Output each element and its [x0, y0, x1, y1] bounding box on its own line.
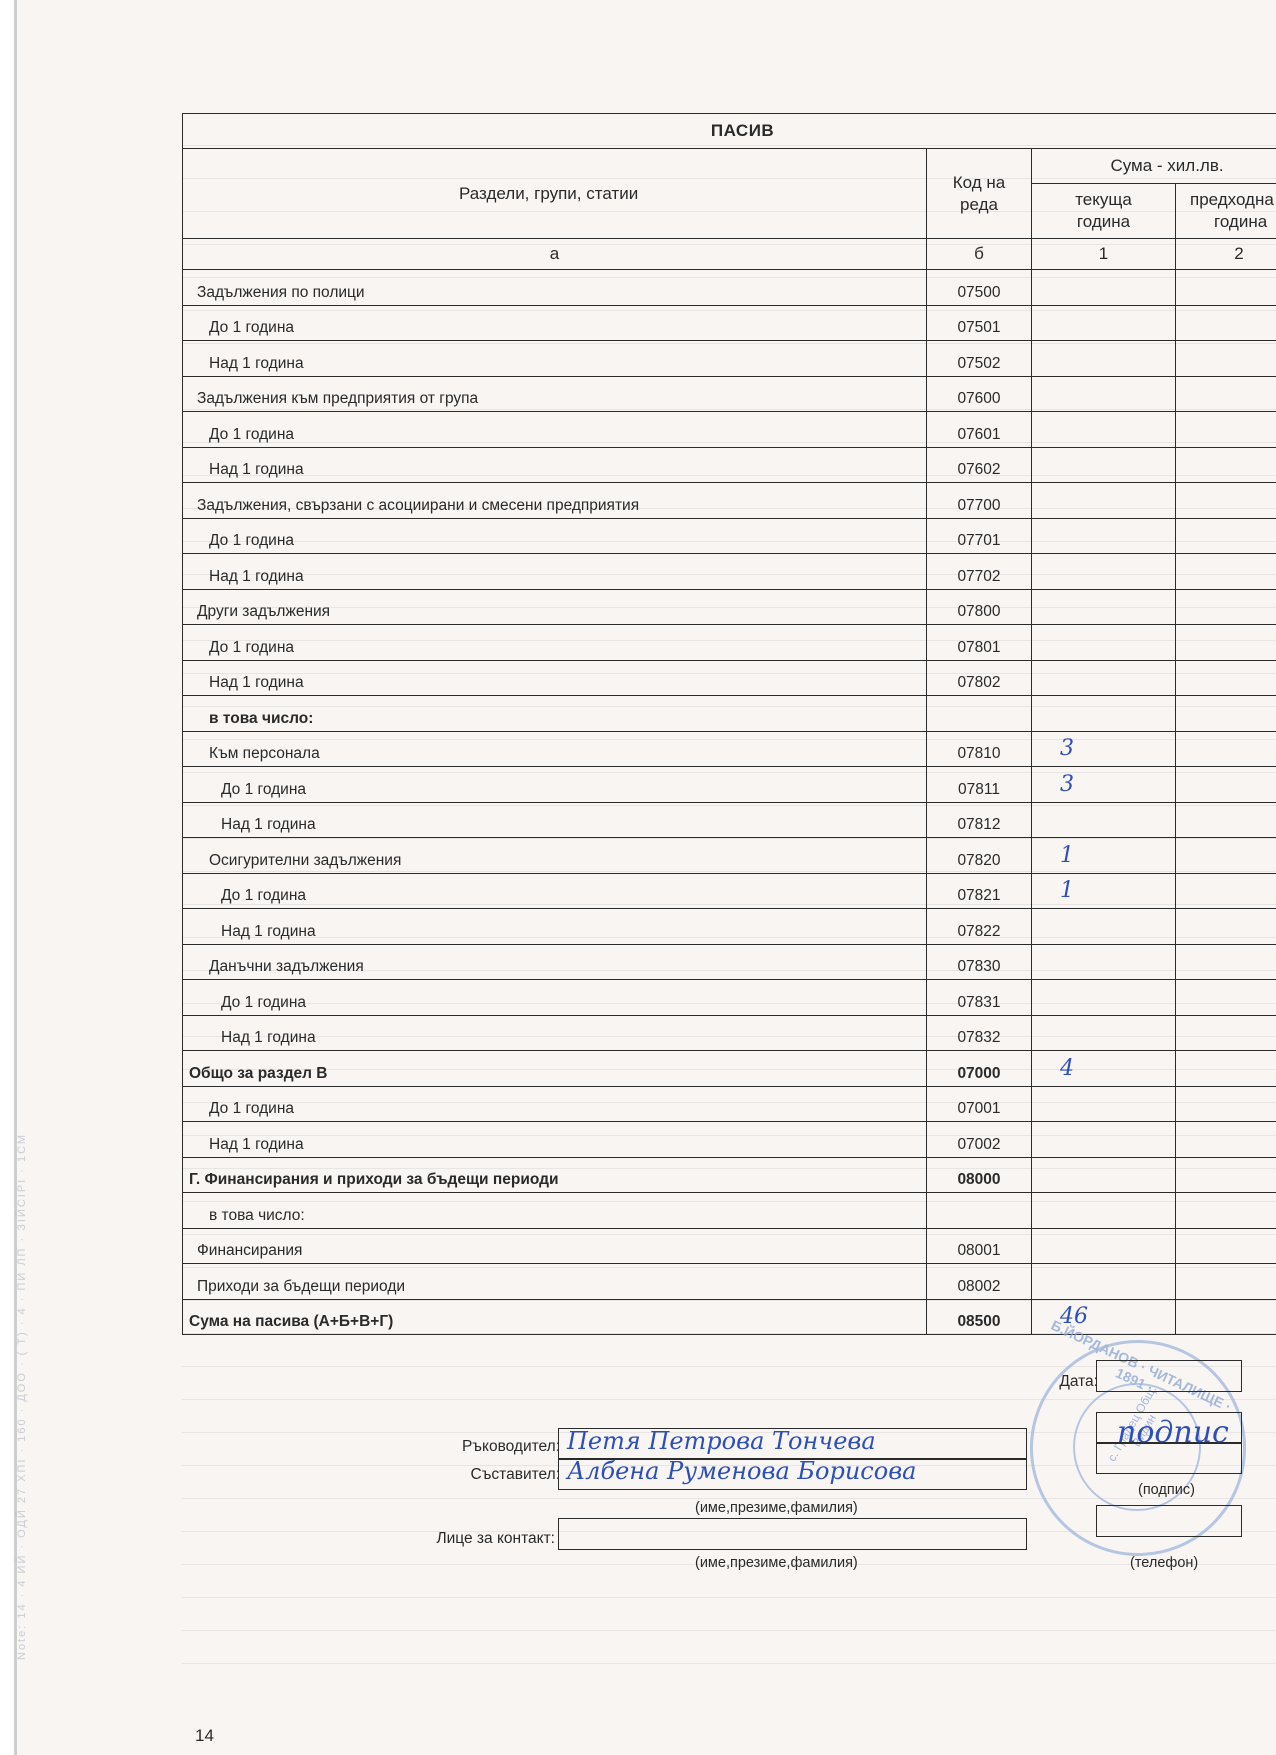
- table-row: До 1 година07701: [183, 518, 1276, 554]
- row-previous-year-value[interactable]: [1176, 731, 1276, 767]
- row-current-year-value[interactable]: 1: [1032, 838, 1176, 874]
- row-code: 07600: [927, 376, 1032, 412]
- contact-caption: (име,презиме,фамилия): [695, 1555, 858, 1571]
- row-code: 07701: [927, 518, 1032, 554]
- row-code: 07802: [927, 660, 1032, 696]
- row-current-year-value[interactable]: [1032, 1228, 1176, 1264]
- row-label: До 1 година: [183, 625, 927, 661]
- row-previous-year-value[interactable]: [1176, 270, 1276, 306]
- table-row: До 1 година07831: [183, 980, 1276, 1016]
- row-previous-year-value[interactable]: [1176, 1264, 1276, 1300]
- table-row: Над 1 година07812: [183, 802, 1276, 838]
- row-previous-year-value[interactable]: [1176, 341, 1276, 377]
- row-current-year-value[interactable]: [1032, 341, 1176, 377]
- contact-label: Лице за контакт:: [360, 1530, 555, 1548]
- row-previous-year-value[interactable]: [1176, 376, 1276, 412]
- row-previous-year-value[interactable]: [1176, 625, 1276, 661]
- row-current-year-value[interactable]: [1032, 589, 1176, 625]
- table-row: До 1 година07601: [183, 412, 1276, 448]
- table-row: Данъчни задължения07830: [183, 944, 1276, 980]
- table-row: Над 1 година07502: [183, 341, 1276, 377]
- index-1: 1: [1032, 239, 1176, 270]
- row-previous-year-value[interactable]: [1176, 660, 1276, 696]
- row-previous-year-value[interactable]: [1176, 447, 1276, 483]
- row-current-year-value[interactable]: [1032, 660, 1176, 696]
- table-row: Финансирания08001: [183, 1228, 1276, 1264]
- manager-label: Ръководител:: [360, 1438, 560, 1456]
- header-current-line2: година: [1032, 211, 1175, 233]
- table-row: До 1 година07801: [183, 625, 1276, 661]
- row-label: Осигурителни задължения: [183, 838, 927, 874]
- row-previous-year-value[interactable]: [1176, 305, 1276, 341]
- header-previous-year: предходна година: [1176, 184, 1276, 239]
- row-label: Задължения, свързани с асоциирани и смес…: [183, 483, 927, 519]
- row-code: 07001: [927, 1086, 1032, 1122]
- row-label: Над 1 година: [183, 554, 927, 590]
- row-previous-year-value[interactable]: [1176, 944, 1276, 980]
- signature-field[interactable]: подпис: [1096, 1442, 1242, 1474]
- row-current-year-value[interactable]: [1032, 1193, 1176, 1229]
- row-current-year-value[interactable]: [1032, 1015, 1176, 1051]
- table-row: в това число:: [183, 696, 1276, 732]
- table-row: Задължения, свързани с асоциирани и смес…: [183, 483, 1276, 519]
- table-row: До 1 година07501: [183, 305, 1276, 341]
- row-code: 07602: [927, 447, 1032, 483]
- table-row: Осигурителни задължения078201: [183, 838, 1276, 874]
- row-code: 08002: [927, 1264, 1032, 1300]
- row-previous-year-value[interactable]: [1176, 589, 1276, 625]
- row-previous-year-value[interactable]: [1176, 1051, 1276, 1087]
- header-previous-line1: предходна: [1190, 189, 1276, 211]
- row-label: До 1 година: [183, 412, 927, 448]
- row-code: 07000: [927, 1051, 1032, 1087]
- compiler-name-field[interactable]: Албена Руменова Борисова: [558, 1458, 1027, 1490]
- row-label: Сума на пасива (А+Б+В+Г): [183, 1299, 927, 1335]
- row-current-year-value[interactable]: [1032, 1264, 1176, 1300]
- table-row: Задължения към предприятия от група07600: [183, 376, 1276, 412]
- row-code: 07810: [927, 731, 1032, 767]
- row-label: Над 1 година: [183, 447, 927, 483]
- row-current-year-value[interactable]: 4: [1032, 1051, 1176, 1087]
- table-row: Г. Финансирания и приходи за бъдещи пери…: [183, 1157, 1276, 1193]
- row-code: 07501: [927, 305, 1032, 341]
- row-label: До 1 година: [183, 518, 927, 554]
- row-previous-year-value[interactable]: [1176, 1015, 1276, 1051]
- row-code: 07822: [927, 909, 1032, 945]
- table-row: Приходи за бъдещи периоди08002: [183, 1264, 1276, 1300]
- manager-name-field[interactable]: Петя Петрова Тончева: [558, 1428, 1027, 1460]
- row-current-year-value[interactable]: [1032, 909, 1176, 945]
- row-label: Задължения по полици: [183, 270, 927, 306]
- header-current-year: текуща година: [1032, 184, 1176, 239]
- row-previous-year-value[interactable]: [1176, 980, 1276, 1016]
- row-previous-year-value[interactable]: [1176, 1086, 1276, 1122]
- row-previous-year-value[interactable]: [1176, 909, 1276, 945]
- index-a: а: [183, 239, 927, 270]
- contact-person-field[interactable]: [558, 1518, 1027, 1550]
- row-label: Приходи за бъдещи периоди: [183, 1264, 927, 1300]
- row-previous-year-value[interactable]: [1176, 412, 1276, 448]
- row-code: 07502: [927, 341, 1032, 377]
- row-previous-year-value[interactable]: [1176, 1122, 1276, 1158]
- row-code: 07820: [927, 838, 1032, 874]
- row-previous-year-value[interactable]: [1176, 554, 1276, 590]
- row-current-year-value[interactable]: [1032, 270, 1176, 306]
- header-current-line1: текуща: [1032, 189, 1175, 211]
- row-previous-year-value[interactable]: [1176, 873, 1276, 909]
- table-row: Сума на пасива (А+Б+В+Г)0850046: [183, 1299, 1276, 1335]
- row-label: До 1 година: [183, 1086, 927, 1122]
- table-row: Над 1 година07822: [183, 909, 1276, 945]
- margin-print-text: Note: 14 · 4 ИЙ · ОДЙ 27 ХПІ · 160 · ДОО…: [16, 560, 26, 1660]
- index-2: 2: [1176, 239, 1276, 270]
- table-row: До 1 година078113: [183, 767, 1276, 803]
- row-label: Над 1 година: [183, 909, 927, 945]
- phone-caption: (телефон): [1130, 1555, 1198, 1571]
- scan-margin: [0, 0, 17, 1755]
- row-current-year-value[interactable]: [1032, 1086, 1176, 1122]
- table-row: Към персонала078103: [183, 731, 1276, 767]
- table-row: Общо за раздел В070004: [183, 1051, 1276, 1087]
- row-current-year-value[interactable]: [1032, 696, 1176, 732]
- row-label: Данъчни задължения: [183, 944, 927, 980]
- row-code: 07811: [927, 767, 1032, 803]
- row-previous-year-value[interactable]: [1176, 696, 1276, 732]
- header-sum: Сума - хил.лв.: [1032, 149, 1276, 184]
- row-current-year-value[interactable]: [1032, 1157, 1176, 1193]
- table-row: До 1 година07001: [183, 1086, 1276, 1122]
- row-code: 08000: [927, 1157, 1032, 1193]
- name-caption: (име,презиме,фамилия): [695, 1500, 858, 1516]
- row-label: Над 1 година: [183, 1122, 927, 1158]
- row-label: Към персонала: [183, 731, 927, 767]
- row-code: 08001: [927, 1228, 1032, 1264]
- row-current-year-value[interactable]: 3: [1032, 731, 1176, 767]
- table-row: Над 1 година07602: [183, 447, 1276, 483]
- signature-caption: (подпис): [1138, 1482, 1195, 1498]
- header-sections: Раздели, групи, статии: [183, 149, 927, 239]
- manager-signature-handwriting: Петя Петрова Тончева: [567, 1427, 876, 1455]
- row-previous-year-value[interactable]: [1176, 838, 1276, 874]
- row-current-year-value[interactable]: [1032, 554, 1176, 590]
- row-code: 07830: [927, 944, 1032, 980]
- row-code: 07700: [927, 483, 1032, 519]
- page-number: 14: [195, 1726, 214, 1746]
- compiler-signature-handwriting: Албена Руменова Борисова: [567, 1457, 916, 1485]
- row-label: в това число:: [183, 696, 927, 732]
- row-code: 07812: [927, 802, 1032, 838]
- row-label: Над 1 година: [183, 802, 927, 838]
- row-label: Финансирания: [183, 1228, 927, 1264]
- table-row: Задължения по полици07500: [183, 270, 1276, 306]
- row-current-year-value[interactable]: [1032, 944, 1176, 980]
- date-label: Дата:: [1020, 1373, 1098, 1391]
- row-label: Задължения към предприятия от група: [183, 376, 927, 412]
- row-current-year-value[interactable]: 3: [1032, 767, 1176, 803]
- header-code-line2: реда: [927, 194, 1031, 216]
- row-current-year-value[interactable]: [1032, 376, 1176, 412]
- table-row: До 1 година078211: [183, 873, 1276, 909]
- row-code: 07500: [927, 270, 1032, 306]
- row-current-year-value[interactable]: [1032, 980, 1176, 1016]
- row-current-year-value[interactable]: [1032, 483, 1176, 519]
- row-code: 07831: [927, 980, 1032, 1016]
- header-previous-line2: година: [1190, 211, 1276, 233]
- table-row: в това число:: [183, 1193, 1276, 1229]
- row-label: Над 1 година: [183, 341, 927, 377]
- row-code: 07821: [927, 873, 1032, 909]
- row-current-year-value[interactable]: [1032, 1122, 1176, 1158]
- index-b: б: [927, 239, 1032, 270]
- row-previous-year-value[interactable]: [1176, 802, 1276, 838]
- row-previous-year-value[interactable]: [1176, 1193, 1276, 1229]
- row-previous-year-value[interactable]: [1176, 767, 1276, 803]
- phone-field[interactable]: [1096, 1505, 1242, 1537]
- row-code: 07702: [927, 554, 1032, 590]
- row-code: 07800: [927, 589, 1032, 625]
- row-label: в това число:: [183, 1193, 927, 1229]
- row-code: 08500: [927, 1299, 1032, 1335]
- row-current-year-value[interactable]: [1032, 625, 1176, 661]
- row-code: [927, 696, 1032, 732]
- row-previous-year-value[interactable]: [1176, 518, 1276, 554]
- row-current-year-value[interactable]: [1032, 412, 1176, 448]
- row-label: До 1 година: [183, 305, 927, 341]
- row-label: До 1 година: [183, 767, 927, 803]
- table-title: ПАСИВ: [183, 114, 1276, 149]
- row-label: Над 1 година: [183, 660, 927, 696]
- row-label: Други задължения: [183, 589, 927, 625]
- liabilities-table: ПАСИВ Раздели, групи, статии Код на реда…: [182, 113, 1276, 1335]
- table-row: Над 1 година07802: [183, 660, 1276, 696]
- row-code: 07832: [927, 1015, 1032, 1051]
- row-code: [927, 1193, 1032, 1229]
- row-previous-year-value[interactable]: [1176, 483, 1276, 519]
- row-code: 07601: [927, 412, 1032, 448]
- row-label: Общо за раздел В: [183, 1051, 927, 1087]
- row-previous-year-value[interactable]: [1176, 1228, 1276, 1264]
- row-label: До 1 година: [183, 873, 927, 909]
- row-current-year-value[interactable]: [1032, 447, 1176, 483]
- row-label: Над 1 година: [183, 1015, 927, 1051]
- header-code-line1: Код на: [927, 172, 1031, 194]
- row-code: 07002: [927, 1122, 1032, 1158]
- compiler-label: Съставител:: [360, 1466, 560, 1484]
- header-code: Код на реда: [927, 149, 1032, 239]
- row-previous-year-value[interactable]: [1176, 1299, 1276, 1335]
- row-current-year-value[interactable]: [1032, 802, 1176, 838]
- table-row: Над 1 година07002: [183, 1122, 1276, 1158]
- row-current-year-value[interactable]: [1032, 305, 1176, 341]
- table-row: Над 1 година07702: [183, 554, 1276, 590]
- row-code: 07801: [927, 625, 1032, 661]
- row-label: До 1 година: [183, 980, 927, 1016]
- row-previous-year-value[interactable]: [1176, 1157, 1276, 1193]
- signature-handwriting: подпис: [1117, 1415, 1229, 1450]
- table-row: Други задължения07800: [183, 589, 1276, 625]
- table-row: Над 1 година07832: [183, 1015, 1276, 1051]
- row-label: Г. Финансирания и приходи за бъдещи пери…: [183, 1157, 927, 1193]
- row-current-year-value[interactable]: [1032, 518, 1176, 554]
- row-current-year-value[interactable]: 1: [1032, 873, 1176, 909]
- date-field[interactable]: [1096, 1360, 1242, 1392]
